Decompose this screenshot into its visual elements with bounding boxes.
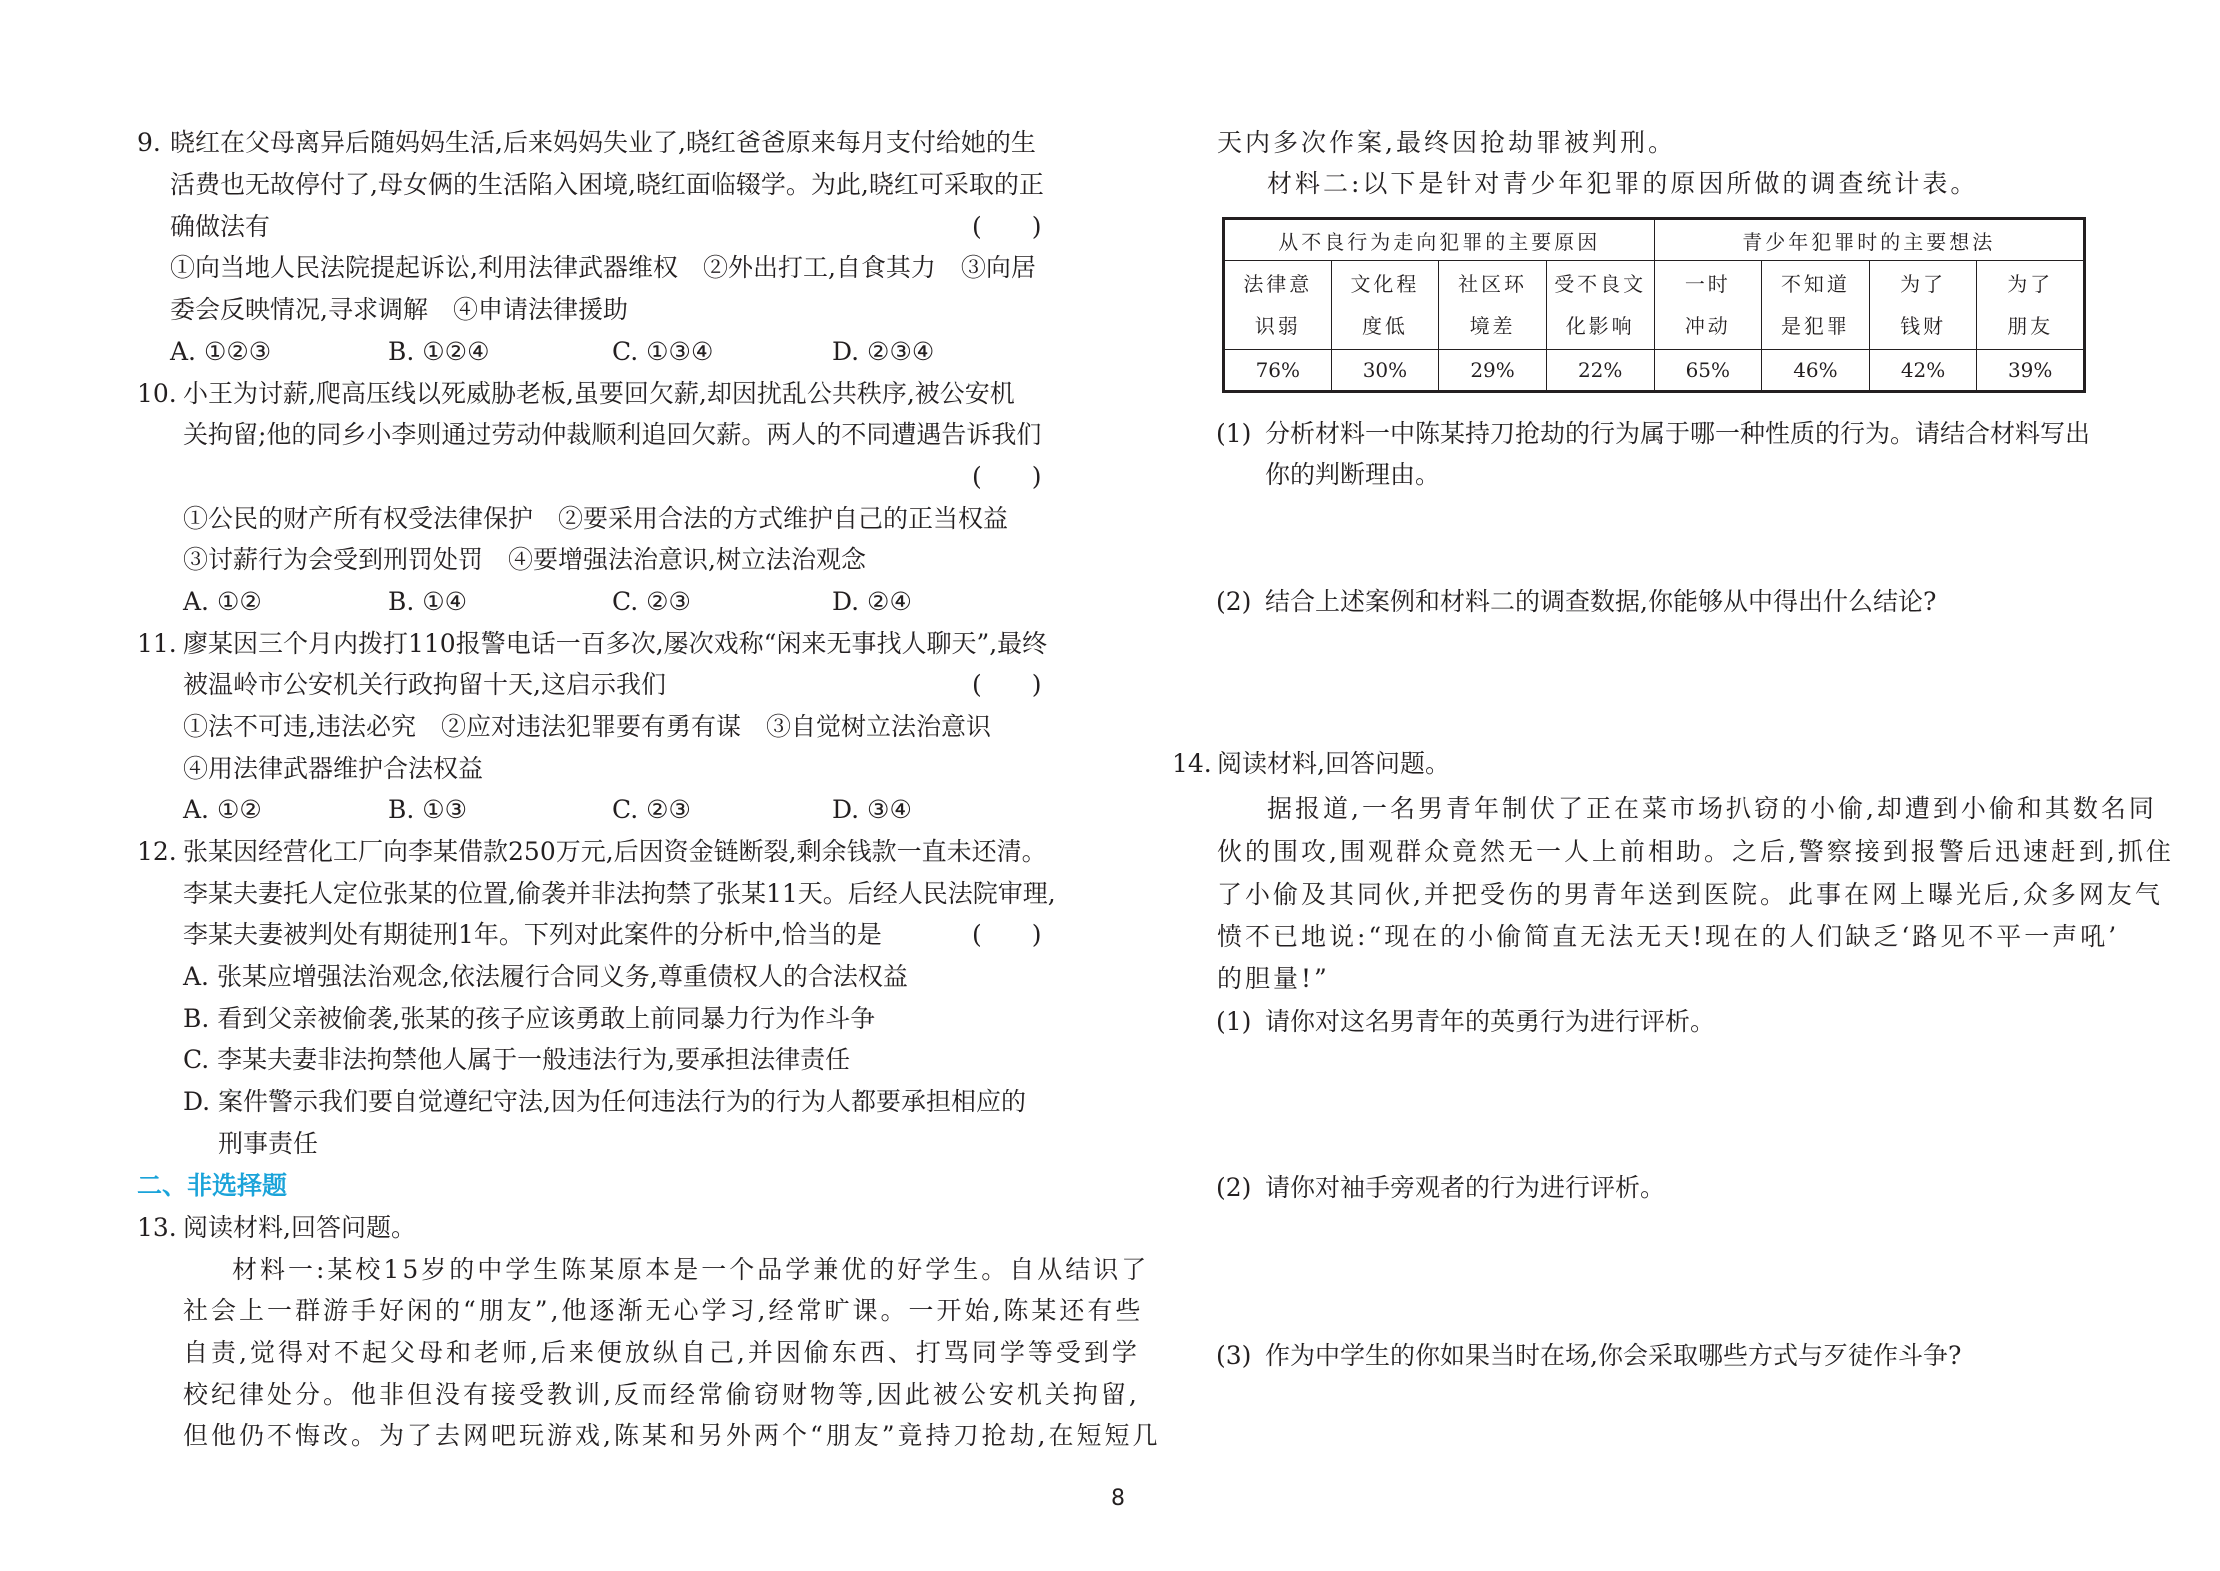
material-line: 天内多次作案,最终因抢劫罪被判刑。 bbox=[1217, 126, 1676, 160]
table-cell-value: 29% bbox=[1439, 350, 1547, 392]
table-column-header: 社区环境差 bbox=[1439, 261, 1547, 350]
statement-line: ④用法律武器维护合法权益 bbox=[183, 752, 483, 786]
table-column-header: 一时冲动 bbox=[1654, 261, 1762, 350]
option-c[interactable]: C. 李某夫妻非法拘禁他人属于一般违法行为,要承担法律责任 bbox=[183, 1043, 850, 1077]
option-b[interactable]: B. ①③ bbox=[388, 793, 467, 827]
option-d[interactable]: D. ②③④ bbox=[832, 335, 934, 369]
question-number: 9. bbox=[137, 126, 161, 160]
option-a[interactable]: A. ①② bbox=[183, 793, 262, 827]
survey-table: 从不良行为走向犯罪的主要原因 青少年犯罪时的主要想法 法律意识弱 文化程度低 社… bbox=[1222, 217, 2086, 393]
option-b[interactable]: B. ①②④ bbox=[388, 335, 490, 369]
table-cell-value: 22% bbox=[1546, 350, 1654, 392]
question-prompt: 阅读材料,回答问题。 bbox=[1217, 747, 1450, 781]
table-cell-value: 76% bbox=[1224, 350, 1332, 392]
question-number: 10. bbox=[137, 377, 177, 411]
subquestion-label: (2) bbox=[1216, 585, 1251, 619]
table-cell-value: 39% bbox=[1977, 350, 2085, 392]
question-text-line: 关拘留;他的同乡小李则通过劳动仲裁顺利追回欠薪。两人的不同遭遇告诉我们 bbox=[183, 418, 1041, 452]
subquestion-text: 请你对袖手旁观者的行为进行评析。 bbox=[1265, 1171, 1665, 1205]
statement-line: ③讨薪行为会受到刑罚处罚 ④要增强法治意识,树立法治观念 bbox=[183, 543, 866, 577]
table-cell-value: 65% bbox=[1654, 350, 1762, 392]
statement-line: ①向当地人民法院提起诉讼,利用法律武器维权 ②外出打工,自食其力 ③向居 bbox=[170, 251, 1036, 285]
table-group-header: 从不良行为走向犯罪的主要原因 bbox=[1224, 219, 1655, 261]
answer-space[interactable] bbox=[1216, 1378, 2086, 1478]
question-number: 13. bbox=[137, 1211, 177, 1245]
option-a[interactable]: A. ①②③ bbox=[170, 335, 271, 369]
section-heading: 二、非选择题 bbox=[137, 1169, 287, 1203]
subquestion-text: 结合上述案例和材料二的调查数据,你能够从中得出什么结论? bbox=[1265, 585, 1936, 619]
option-d-continuation: 刑事责任 bbox=[218, 1127, 318, 1161]
material-line: 愤不已地说:“现在的小偷简直无法无天!现在的人们缺乏‘路见不平一声吼’ bbox=[1217, 920, 2119, 954]
question-text-line: 被温岭市公安机关行政拘留十天,这启示我们 bbox=[183, 668, 666, 702]
answer-blank[interactable]: ( ) bbox=[972, 210, 1042, 244]
subquestion-label: (1) bbox=[1216, 1005, 1251, 1039]
material-line: 据报道,一名男青年制伏了正在菜市场扒窃的小偷,却遭到小偷和其数名同 bbox=[1267, 792, 2157, 826]
question-text-line: 廖某因三个月内拨打110报警电话一百多次,屡次戏称“闲来无事找人聊天”,最终 bbox=[183, 627, 1047, 661]
option-c[interactable]: C. ②③ bbox=[612, 585, 691, 619]
material-line: 伙的围攻,围观群众竟然无一人上前相助。之后,警察接到报警后迅速赶到,抓住 bbox=[1217, 835, 2174, 869]
page-number: 8 bbox=[1100, 1486, 1136, 1511]
question-number: 12. bbox=[137, 835, 177, 869]
answer-space[interactable] bbox=[1216, 625, 2086, 745]
material-line: 校纪律处分。他非但没有接受教训,反而经常偷窃财物等,因此被公安机关拘留, bbox=[183, 1378, 1140, 1412]
material-line: 材料一:某校15岁的中学生陈某原本是一个品学兼优的好学生。自从结识了 bbox=[232, 1253, 1149, 1287]
material-line: 自责,觉得对不起父母和老师,后来便放纵自己,并因偷东西、打骂同学等受到学 bbox=[183, 1336, 1140, 1370]
subquestion-text: 分析材料一中陈某持刀抢劫的行为属于哪一种性质的行为。请结合材料写出 bbox=[1265, 417, 2090, 451]
option-d[interactable]: D. ②④ bbox=[832, 585, 912, 619]
question-text-line: 李某夫妻托人定位张某的位置,偷袭并非法拘禁了张某11天。后经人民法院审理, bbox=[183, 877, 1056, 911]
answer-blank[interactable]: ( ) bbox=[972, 918, 1042, 952]
material-line: 了小偷及其同伙,并把受伤的男青年送到医院。此事在网上曝光后,众多网友气 bbox=[1217, 878, 2163, 912]
answer-space[interactable] bbox=[1216, 1045, 2086, 1165]
question-text-line: 活费也无故停付了,母女俩的生活陷入困境,晓红面临辍学。为此,晓红可采取的正 bbox=[170, 168, 1044, 202]
question-text-line: 小王为讨薪,爬高压线以死威胁老板,虽要回欠薪,却因扰乱公共秩序,被公安机 bbox=[183, 377, 1015, 411]
option-d[interactable]: D. ③④ bbox=[832, 793, 912, 827]
statement-line: 委会反映情况,寻求调解 ④申请法律援助 bbox=[170, 293, 628, 327]
table-cell-value: 46% bbox=[1762, 350, 1870, 392]
subquestion-label: (3) bbox=[1216, 1339, 1251, 1373]
answer-space[interactable] bbox=[1216, 1210, 2086, 1335]
table-cell-value: 42% bbox=[1869, 350, 1977, 392]
question-text-line: 李某夫妻被判处有期徒刑1年。下列对此案件的分析中,恰当的是 bbox=[183, 918, 882, 952]
question-text-line: 张某因经营化工厂向李某借款250万元,后因资金链断裂,剩余钱款一直未还清。 bbox=[183, 835, 1047, 869]
subquestion-label: (1) bbox=[1216, 417, 1251, 451]
option-b[interactable]: B. ①④ bbox=[388, 585, 467, 619]
answer-blank[interactable]: ( ) bbox=[972, 668, 1042, 702]
option-a[interactable]: A. ①② bbox=[183, 585, 262, 619]
table-column-header: 法律意识弱 bbox=[1224, 261, 1332, 350]
question-text-line: 确做法有 bbox=[170, 210, 270, 244]
subquestion-text: 你的判断理由。 bbox=[1265, 458, 1440, 492]
table-cell-value: 30% bbox=[1331, 350, 1439, 392]
option-b[interactable]: B. 看到父亲被偷袭,张某的孩子应该勇敢上前同暴力行为作斗争 bbox=[183, 1002, 875, 1036]
question-prompt: 阅读材料,回答问题。 bbox=[183, 1211, 416, 1245]
answer-space[interactable] bbox=[1216, 495, 2086, 580]
table-group-header: 青少年犯罪时的主要想法 bbox=[1654, 219, 2085, 261]
option-d[interactable]: D. 案件警示我们要自觉遵纪守法,因为任何违法行为的行为人都要承担相应的 bbox=[183, 1085, 1026, 1119]
table-column-header: 不知道是犯罪 bbox=[1762, 261, 1870, 350]
material-2-intro: 材料二:以下是针对青少年犯罪的原因所做的调查统计表。 bbox=[1267, 167, 1978, 201]
material-line: 的胆量!” bbox=[1217, 962, 1330, 996]
material-line: 但他仍不悔改。为了去网吧玩游戏,陈某和另外两个“朋友”竟持刀抢劫,在短短几 bbox=[183, 1419, 1160, 1453]
option-c[interactable]: C. ①③④ bbox=[612, 335, 713, 369]
subquestion-label: (2) bbox=[1216, 1171, 1251, 1205]
table-column-header: 为了朋友 bbox=[1977, 261, 2085, 350]
table-column-header: 受不良文化影响 bbox=[1546, 261, 1654, 350]
option-c[interactable]: C. ②③ bbox=[612, 793, 691, 827]
subquestion-text: 作为中学生的你如果当时在场,你会采取哪些方式与歹徒作斗争? bbox=[1265, 1339, 1961, 1373]
option-a[interactable]: A. 张某应增强法治观念,依法履行合同义务,尊重债权人的合法权益 bbox=[183, 960, 908, 994]
table-column-header: 为了钱财 bbox=[1869, 261, 1977, 350]
question-number: 11. bbox=[137, 627, 177, 661]
statement-line: ①法不可违,违法必究 ②应对违法犯罪要有勇有谋 ③自觉树立法治意识 bbox=[183, 710, 991, 744]
question-text-line: 晓红在父母离异后随妈妈生活,后来妈妈失业了,晓红爸爸原来每月支付给她的生 bbox=[170, 126, 1036, 160]
table-column-header: 文化程度低 bbox=[1331, 261, 1439, 350]
material-line: 社会上一群游手好闲的“朋友”,他逐渐无心学习,经常旷课。一开始,陈某还有些 bbox=[183, 1294, 1143, 1328]
subquestion-text: 请你对这名男青年的英勇行为进行评析。 bbox=[1265, 1005, 1715, 1039]
statement-line: ①公民的财产所有权受法律保护 ②要采用合法的方式维护自己的正当权益 bbox=[183, 502, 1008, 536]
question-number: 14. bbox=[1172, 747, 1212, 781]
answer-blank[interactable]: ( ) bbox=[972, 460, 1042, 494]
